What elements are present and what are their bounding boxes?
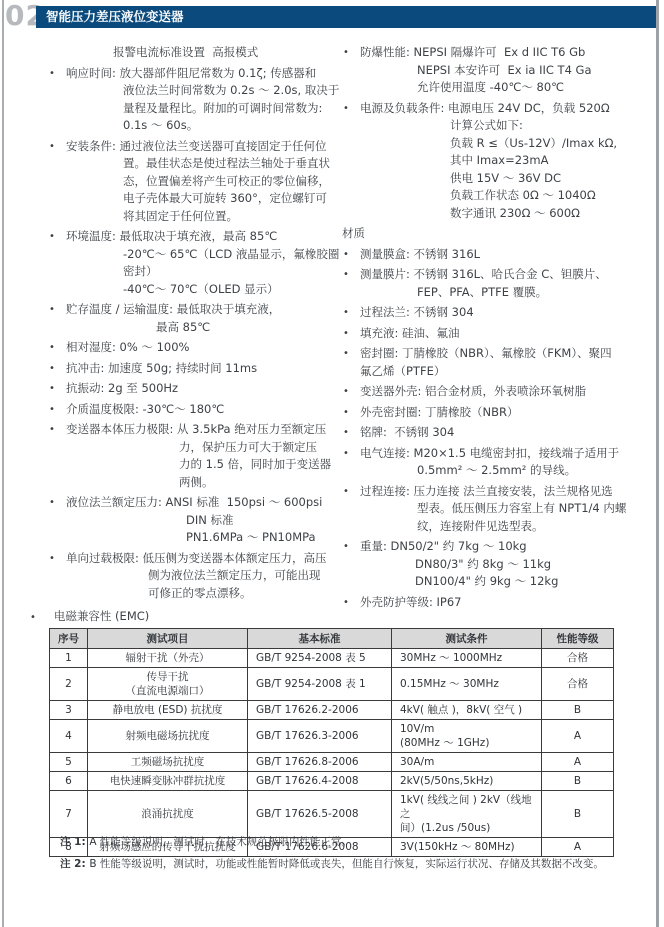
emc-table-row: 5工频磁场抗扰度GB/T 17626.8-200630A/mA: [50, 753, 614, 772]
emc-table-row: 2传导干扰 （直流电源端口）GB/T 9254-2008 表 10.15MHz …: [50, 668, 614, 701]
bullet-icon: •: [343, 100, 349, 118]
spec-line: 将其固定于任何位置。: [123, 208, 338, 226]
bullet-icon: •: [343, 404, 349, 422]
spec-line: 最高 85℃: [156, 319, 338, 337]
bullet-icon: •: [49, 380, 55, 398]
emc-column-header: 序号: [50, 629, 88, 649]
emc-table-cell: 辐射干扰（外壳）: [88, 649, 248, 668]
spec-line: 相对湿度: 0% ～ 100%: [66, 339, 338, 357]
emc-column-header: 性能等级: [542, 629, 614, 649]
spec-line: 过程法兰: 不锈钢 304: [360, 304, 642, 322]
spec-item: •变送器外壳: 铝合金材质，外表喷涂环氧树脂: [342, 383, 642, 401]
emc-column-header: 测试项目: [88, 629, 248, 649]
bullet-icon: •: [343, 325, 349, 343]
spec-line: 计算公式如下:: [450, 117, 642, 135]
spec-line: 贮存温度 / 运输温度: 最低取决于填充液，: [66, 301, 338, 319]
spec-item: •过程连接: 压力连接 法兰直接安装，法兰规格见选型表。低压侧压力容室上有 NP…: [342, 483, 642, 536]
spec-item: •测量膜盒: 不锈钢 316L: [342, 246, 642, 264]
spec-line: 可修正的零点漂移。: [148, 585, 338, 603]
emc-column-header: 测试条件: [392, 629, 542, 649]
bullet-icon: •: [343, 538, 349, 556]
emc-table-cell: 3: [50, 701, 88, 720]
bullet-icon: •: [49, 401, 55, 419]
spec-column-left: 报警电流标准设置 高报模式•响应时间: 放大器部件阻尼常数为 0.1ζ; 传感器…: [48, 44, 338, 605]
bullet-icon: •: [49, 228, 55, 246]
spec-line: 抗冲击: 加速度 50g; 持续时间 11ms: [66, 360, 338, 378]
spec-line: 响应时间: 放大器部件阻尼常数为 0.1ζ; 传感器和: [66, 65, 338, 83]
spec-line: -20℃～ 65℃（LCD 液晶显示，氟橡胶圈: [123, 246, 338, 264]
spec-item: •贮存温度 / 运输温度: 最低取决于填充液，最高 85℃: [48, 301, 338, 336]
emc-table-cell: 30MHz ～ 1000MHz: [392, 649, 542, 668]
spec-line: 其中 Imax=23mA: [450, 152, 642, 170]
spec-item: •安装条件: 通过液位法兰变送器可直接固定于任何位置。最佳状态是使过程法兰轴处于…: [48, 138, 338, 226]
spec-line: 密封圈: 丁腈橡胶（NBR）、氟橡胶（FKM）、聚四: [360, 345, 642, 363]
spec-line: 测量膜片: 不锈钢 316L、哈氏合金 C、钽膜片、: [360, 266, 642, 284]
page-title: 智能压力差压液位变送器: [46, 9, 184, 24]
bullet-icon: •: [30, 612, 36, 623]
bullet-icon: •: [49, 494, 55, 512]
spec-line: 防爆性能: NEPSI 隔爆许可 Ex d IIC T6 Gb: [360, 44, 642, 62]
emc-table-row: 1辐射干扰（外壳）GB/T 9254-2008 表 530MHz ～ 1000M…: [50, 649, 614, 668]
page-right-border: [656, 0, 659, 927]
emc-table-row: 3静电放电 (ESD) 抗扰度GB/T 17626.2-20064kV( 触点 …: [50, 701, 614, 720]
spec-item: •变送器本体压力极限: 从 3.5kPa 绝对压力至额定压力，保护压力可大于额定…: [48, 421, 338, 491]
emc-table-cell: GB/T 17626.4-2008: [248, 772, 392, 791]
spec-line: 外壳防护等级: IP67: [360, 594, 642, 612]
bullet-icon: •: [343, 445, 349, 463]
bullet-icon: •: [49, 65, 55, 83]
note-label: 注 2:: [60, 858, 89, 870]
bullet-icon: •: [49, 138, 55, 156]
bullet-icon: •: [343, 266, 349, 284]
emc-table-header-row: 序号测试项目基本标准测试条件性能等级: [50, 629, 614, 649]
spec-item: •铭牌: 不锈钢 304: [342, 424, 642, 442]
note-label: 注 1:: [60, 836, 89, 848]
spec-line: 安装条件: 通过液位法兰变送器可直接固定于任何位: [66, 138, 338, 156]
spec-item: •相对湿度: 0% ～ 100%: [48, 339, 338, 357]
spec-item: 报警电流标准设置 高报模式: [48, 44, 338, 62]
spec-line: FEP、PFA、PTFE 覆膜。: [417, 284, 642, 302]
note: 注 2: B 性能等级说明，测试时，功能或性能暂时降低或丧失，但能自行恢复，实际…: [60, 853, 634, 875]
spec-line: 两侧。: [179, 474, 338, 492]
spec-line: 侧为液位法兰额定压力，可能出现: [148, 567, 338, 585]
spec-line: 氟乙烯（PTFE）: [360, 363, 642, 381]
spec-item: •测量膜片: 不锈钢 316L、哈氏合金 C、钽膜片、FEP、PFA、PTFE …: [342, 266, 642, 301]
spec-line: 抗振动: 2g 至 500Hz: [66, 380, 338, 398]
spec-line: 型表。低压侧压力容室上有 NPT1/4 内螺: [417, 500, 642, 518]
section-banner: 智能压力差压液位变送器: [36, 6, 656, 28]
emc-table-cell: 电快速瞬变脉冲群抗扰度: [88, 772, 248, 791]
spec-item: •液位法兰额定压力: ANSI 标准 150psi ～ 600psiDIN 标准…: [48, 494, 338, 547]
bullet-icon: •: [343, 483, 349, 501]
emc-column-header: 基本标准: [248, 629, 392, 649]
spec-line: 过程连接: 压力连接 法兰直接安装，法兰规格见选: [360, 483, 642, 501]
spec-line: 报警电流标准设置 高报模式: [113, 44, 338, 62]
emc-table-cell: B: [542, 701, 614, 720]
spec-item: •环境温度: 最低取决于填充液，最高 85℃-20℃～ 65℃（LCD 液晶显示…: [48, 228, 338, 298]
emc-table-row: 6电快速瞬变脉冲群抗扰度GB/T 17626.4-20082kV(5/50ns,…: [50, 772, 614, 791]
spec-item: •防爆性能: NEPSI 隔爆许可 Ex d IIC T6 GbNEPSI 本安…: [342, 44, 642, 97]
note-text: A 性能等级说明，测试时，在技术规范极限内性能正常。: [89, 836, 352, 848]
spec-line: 填充液: 硅油、氟油: [360, 325, 642, 343]
bullet-icon: •: [49, 550, 55, 568]
spec-line: 态，位置偏差将产生可校正的零位偏移，: [123, 173, 338, 191]
spec-line: 供电 15V ～ 36V DC: [450, 170, 642, 188]
emc-table-cell: 6: [50, 772, 88, 791]
bullet-icon: •: [343, 383, 349, 401]
spec-item: •电源及负载条件: 电源电压 24V DC，负载 520Ω计算公式如下:负载 R…: [342, 100, 642, 223]
spec-line: 0.5mm² ～ 2.5mm² 的导线。: [417, 462, 642, 480]
bullet-icon: •: [343, 304, 349, 322]
spec-line: -40℃～ 70℃（OLED 显示）: [123, 281, 338, 299]
bullet-icon: •: [343, 424, 349, 442]
emc-table-cell: GB/T 9254-2008 表 5: [248, 649, 392, 668]
emc-table-cell: 4: [50, 720, 88, 753]
spec-line: 外壳密封圈: 丁腈橡胶（NBR）: [360, 404, 642, 422]
spec-line: DN100/4" 约 9kg ～ 12kg: [415, 573, 642, 591]
spec-line: 介质温度极限: -30℃～ 180℃: [66, 401, 338, 419]
emc-table-cell: A: [542, 720, 614, 753]
emc-table-cell: 10V/m (80MHz ～ 1GHz): [392, 720, 542, 753]
spec-item: •电气连接: M20×1.5 电缆密封扣，接线端子适用于0.5mm² ～ 2.5…: [342, 445, 642, 480]
emc-table-cell: 4kV( 触点 )，8kV( 空气 ): [392, 701, 542, 720]
spec-item: 材质: [342, 225, 642, 243]
spec-item: •密封圈: 丁腈橡胶（NBR）、氟橡胶（FKM）、聚四氟乙烯（PTFE）: [342, 345, 642, 380]
emc-table-cell: GB/T 17626.2-2006: [248, 701, 392, 720]
note-text: B 性能等级说明，测试时，功能或性能暂时降低或丧失，但能自行恢复，实际运行状况、…: [89, 858, 604, 870]
spec-line: 电气连接: M20×1.5 电缆密封扣，接线端子适用于: [360, 445, 642, 463]
spec-line: 纹，连接附件见选型表。: [417, 518, 642, 536]
emc-table-cell: 1: [50, 649, 88, 668]
bullet-icon: •: [343, 44, 349, 62]
spec-line: PN1.6MPa ～ PN10MPa: [186, 529, 338, 547]
note: 注 1: A 性能等级说明，测试时，在技术规范极限内性能正常。: [60, 831, 634, 853]
emc-table-cell: 传导干扰 （直流电源端口）: [88, 668, 248, 701]
section-header: 材质: [342, 225, 642, 243]
spec-line: 力，保护压力可大于额定压: [179, 439, 338, 457]
emc-table-cell: 5: [50, 753, 88, 772]
emc-table-cell: B: [542, 772, 614, 791]
emc-table-cell: 30A/m: [392, 753, 542, 772]
spec-line: 数字通讯 230Ω ～ 600Ω: [450, 205, 642, 223]
spec-line: 铭牌: 不锈钢 304: [360, 424, 642, 442]
spec-line: DIN 标准: [186, 512, 338, 530]
emc-table: 序号测试项目基本标准测试条件性能等级 1辐射干扰（外壳）GB/T 9254-20…: [49, 628, 614, 857]
emc-table-row: 4射频电磁场抗扰度GB/T 17626.3-200610V/m (80MHz ～…: [50, 720, 614, 753]
spec-line: NEPSI 本安许可 Ex ia IIC T4 Ga: [417, 62, 642, 80]
bullet-icon: •: [343, 594, 349, 612]
emc-table-cell: 合格: [542, 668, 614, 701]
emc-table-cell: GB/T 17626.8-2006: [248, 753, 392, 772]
bullet-icon: •: [49, 301, 55, 319]
bullet-icon: •: [343, 345, 349, 363]
spec-line: 测量膜盒: 不锈钢 316L: [360, 246, 642, 264]
spec-column-right: •防爆性能: NEPSI 隔爆许可 Ex d IIC T6 GbNEPSI 本安…: [342, 44, 642, 614]
spec-line: DN80/3" 约 8kg ～ 11kg: [415, 556, 642, 574]
bullet-icon: •: [343, 246, 349, 264]
spec-item: •外壳密封圈: 丁腈橡胶（NBR）: [342, 404, 642, 422]
spec-line: 变送器外壳: 铝合金材质，外表喷涂环氧树脂: [360, 383, 642, 401]
spec-line: 力的 1.5 倍，同时加于变送器: [179, 456, 338, 474]
emc-table-cell: 2: [50, 668, 88, 701]
spec-line: 置。最佳状态是使过程法兰轴处于垂直状: [123, 155, 338, 173]
page-left-border: [2, 0, 4, 927]
spec-line: 液位法兰时间常数为 0.2s ～ 2.0s, 取决于: [123, 82, 338, 100]
spec-line: 密封）: [123, 263, 338, 281]
spec-item: •外壳防护等级: IP67: [342, 594, 642, 612]
spec-item: •抗振动: 2g 至 500Hz: [48, 380, 338, 398]
spec-line: 0.1s ～ 60s。: [123, 117, 338, 135]
spec-line: 变送器本体压力极限: 从 3.5kPa 绝对压力至额定压: [66, 421, 338, 439]
spec-line: 电子壳体最大可旋转 360°，定位螺钉可: [123, 190, 338, 208]
emc-table-cell: 合格: [542, 649, 614, 668]
spec-item: •填充液: 硅油、氟油: [342, 325, 642, 343]
spec-item: •介质温度极限: -30℃～ 180℃: [48, 401, 338, 419]
spec-line: 量程及量程比。附加的可调时间常数为:: [123, 100, 338, 118]
spec-line: 环境温度: 最低取决于填充液，最高 85℃: [66, 228, 338, 246]
emc-table-cell: 0.15MHz ～ 30MHz: [392, 668, 542, 701]
emc-table-cell: 工频磁场抗扰度: [88, 753, 248, 772]
emc-table-cell: 静电放电 (ESD) 抗扰度: [88, 701, 248, 720]
emc-table-cell: GB/T 9254-2008 表 1: [248, 668, 392, 701]
bullet-icon: •: [49, 360, 55, 378]
spec-item: •重量: DN50/2" 约 7kg ～ 10kgDN80/3" 约 8kg ～…: [342, 538, 642, 591]
emc-section-title: •电磁兼容性 (EMC): [30, 608, 149, 626]
spec-line: 重量: DN50/2" 约 7kg ～ 10kg: [360, 538, 642, 556]
spec-line: 允许使用温度 -40℃～ 80℃: [417, 79, 642, 97]
notes-block: 注 1: A 性能等级说明，测试时，在技术规范极限内性能正常。注 2: B 性能…: [60, 831, 634, 875]
spec-item: •单向过载极限: 低压侧为变送器本体额定压力，高压侧为液位法兰额定压力，可能出现…: [48, 550, 338, 603]
bullet-icon: •: [49, 421, 55, 439]
bullet-icon: •: [49, 339, 55, 357]
emc-title-text: 电磁兼容性 (EMC): [54, 609, 149, 623]
emc-table-cell: GB/T 17626.3-2006: [248, 720, 392, 753]
spec-line: 液位法兰额定压力: ANSI 标准 150psi ～ 600psi: [66, 494, 338, 512]
datasheet-page: 02 智能压力差压液位变送器 报警电流标准设置 高报模式•响应时间: 放大器部件…: [0, 0, 664, 927]
spec-line: 负载工作状态 0Ω ～ 1040Ω: [450, 187, 642, 205]
spec-item: •过程法兰: 不锈钢 304: [342, 304, 642, 322]
spec-line: 负载 R ≤（Us-12V）/Imax kΩ,: [450, 135, 642, 153]
emc-table-cell: 2kV(5/50ns,5kHz): [392, 772, 542, 791]
spec-line: 单向过载极限: 低压侧为变送器本体额定压力，高压: [66, 550, 338, 568]
emc-table-cell: A: [542, 753, 614, 772]
spec-item: •响应时间: 放大器部件阻尼常数为 0.1ζ; 传感器和液位法兰时间常数为 0.…: [48, 65, 338, 135]
spec-line: 电源及负载条件: 电源电压 24V DC，负载 520Ω: [360, 100, 642, 118]
spec-item: •抗冲击: 加速度 50g; 持续时间 11ms: [48, 360, 338, 378]
emc-table-cell: 射频电磁场抗扰度: [88, 720, 248, 753]
